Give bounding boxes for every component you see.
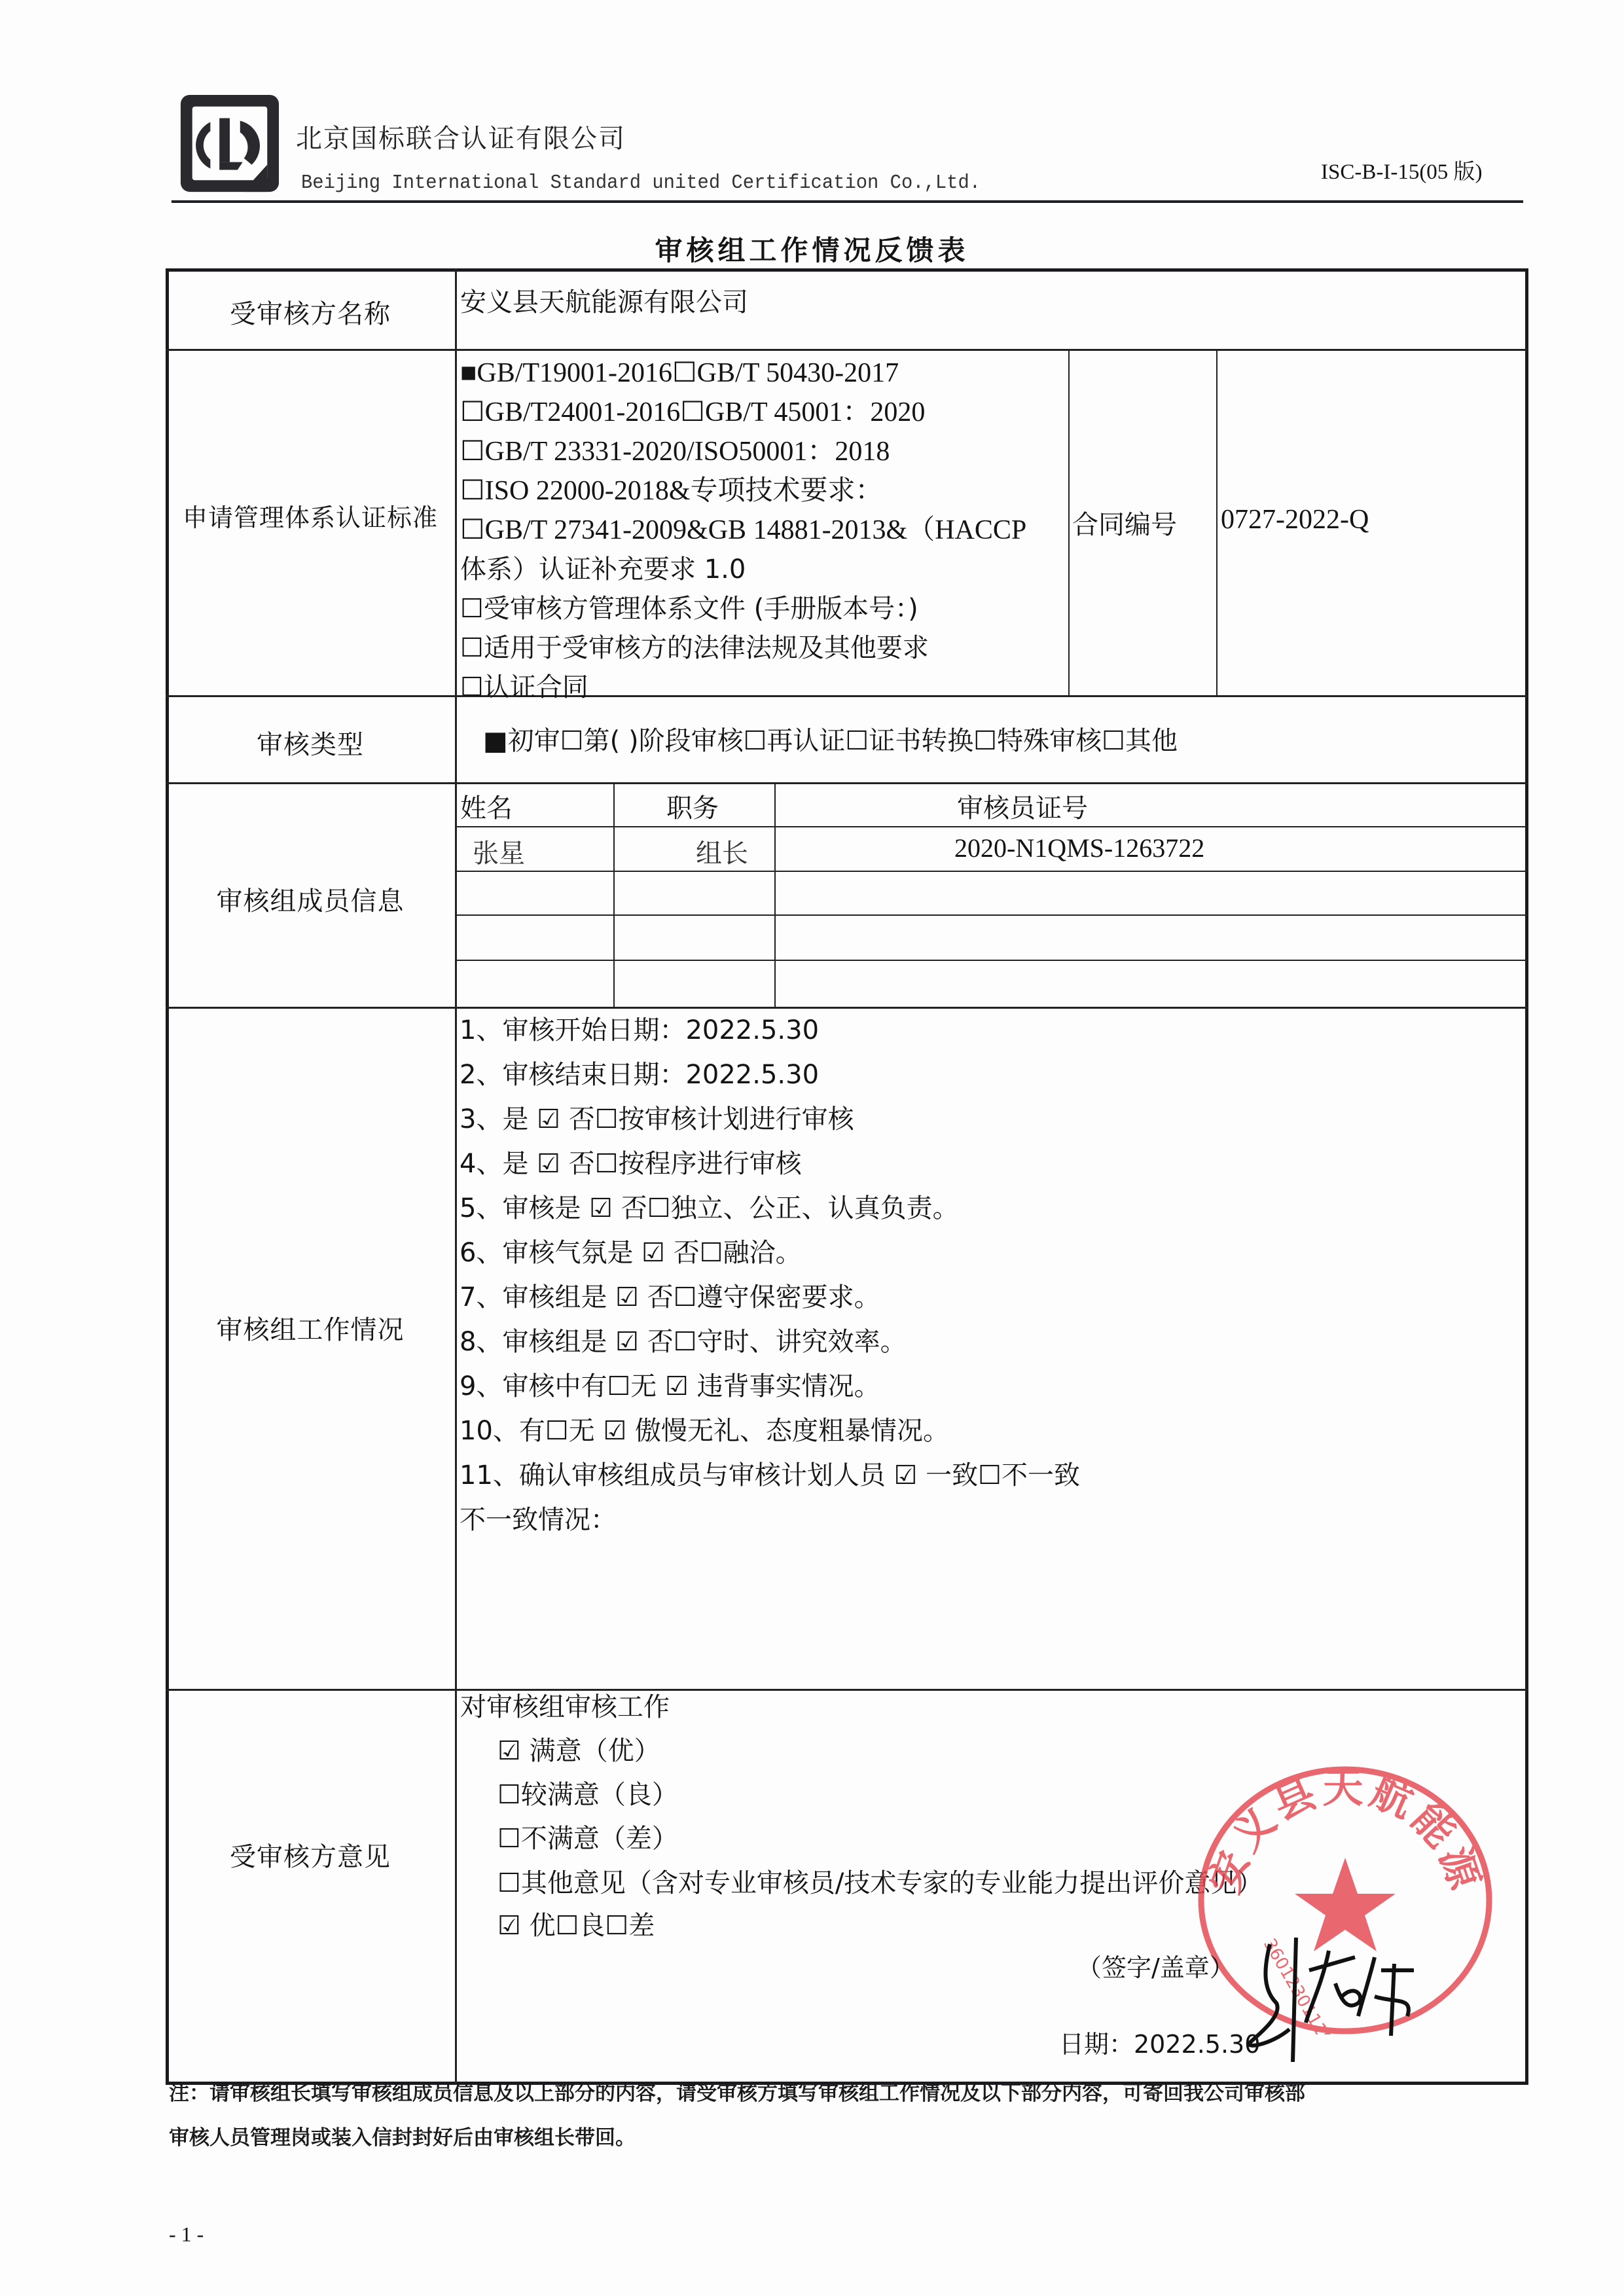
auditee-name-value: 安义县天航能源有限公司 — [460, 281, 748, 319]
page-title: 审核组工作情况反馈表 — [0, 229, 1624, 268]
member-row-divider — [455, 960, 1528, 961]
col-header-role: 职务 — [666, 787, 719, 825]
standards-label: 申请管理体系认证标准 — [166, 497, 455, 533]
col-header-name: 姓名 — [460, 787, 513, 825]
form-code: ISC-B-I-15(05 版) — [1321, 154, 1483, 185]
member-row-divider — [455, 826, 1528, 827]
standard-option[interactable]: ☐适用于受审核方的法律法规及其他要求 — [460, 626, 1066, 670]
work-item[interactable]: 8、审核组是 ☑ 否☐守时、讲究效率。 — [460, 1320, 1080, 1364]
standard-option[interactable]: ☐GB/T 27341-2009&GB 14881-2013&（HACCP — [460, 508, 1066, 552]
work-item[interactable]: 11、确认审核组成员与审核计划人员 ☑ 一致☐不一致 — [460, 1453, 1080, 1498]
company-logo-icon — [178, 92, 281, 196]
company-name-cn: 北京国标联合认证有限公司 — [296, 118, 626, 155]
footer-note-line-1: 注：请审核组长填写审核组成员信息及以上部分的内容，请受审核方填写审核组工作情况及… — [169, 2076, 1305, 2106]
header-divider — [171, 200, 1523, 203]
label-column-divider — [455, 268, 457, 2085]
col-divider — [774, 782, 776, 1007]
member-row-divider — [455, 914, 1528, 916]
work-item[interactable]: 5、审核是 ☑ 否☐独立、公正、认真负责。 — [460, 1186, 1080, 1231]
opinion-rating[interactable]: ☑ 优☐良☐差 — [497, 1905, 655, 1942]
member-row-divider — [455, 871, 1528, 872]
work-item[interactable]: 4、是 ☑ 否☐按程序进行审核 — [460, 1142, 1080, 1186]
work-item: 2、审核结束日期：2022.5.30 — [460, 1053, 1080, 1097]
standard-option[interactable]: ☐GB/T 23331-2020/ISO50001：2018 — [460, 429, 1066, 474]
work-item[interactable]: 3、是 ☑ 否☐按审核计划进行审核 — [460, 1097, 1080, 1142]
member-role: 组长 — [696, 833, 748, 870]
auditee-label: 受审核方名称 — [166, 293, 455, 331]
opinion-option-satisfied[interactable]: ☑ 满意（优） — [497, 1730, 660, 1767]
work-item[interactable]: 9、审核中有☐无 ☑ 违背事实情况。 — [460, 1364, 1080, 1409]
row-divider — [166, 782, 1528, 784]
audit-type-label: 审核类型 — [166, 724, 455, 761]
members-label: 审核组成员信息 — [166, 880, 455, 918]
col-divider — [1068, 349, 1070, 695]
contract-no-value: 0727-2022-Q — [1221, 504, 1369, 535]
standard-option[interactable]: ☐认证合同 — [460, 665, 1066, 710]
opinion-option-unsatisfied[interactable]: ☐不满意（差） — [497, 1818, 678, 1855]
opinion-label: 受审核方意见 — [166, 1836, 455, 1873]
standard-option[interactable]: ■GB/T19001-2016☐GB/T 50430-2017 — [460, 351, 1066, 395]
row-divider — [166, 1689, 1528, 1691]
member-cert: 2020-N1QMS-1263722 — [954, 833, 1204, 863]
signature-icon — [1244, 1931, 1427, 2062]
col-divider — [613, 782, 615, 1007]
standard-option[interactable]: ☐ISO 22000-2018&专项技术要求： — [460, 469, 1066, 513]
member-name: 张星 — [473, 833, 525, 870]
col-header-cert: 审核员证号 — [957, 787, 1088, 825]
col-divider — [1216, 349, 1218, 695]
opinion-intro: 对审核组审核工作 — [460, 1686, 670, 1724]
standards-list: ■GB/T19001-2016☐GB/T 50430-2017 ☐GB/T240… — [460, 351, 1066, 710]
standard-option-cont: 体系）认证补充要求 1.0 — [460, 547, 1066, 592]
contract-no-label: 合同编号 — [1072, 504, 1177, 541]
work-label: 审核组工作情况 — [166, 1309, 455, 1346]
inconsistency-label: 不一致情况： — [460, 1498, 1080, 1542]
sign-stamp-label: （签字/盖章） — [1077, 1947, 1235, 1983]
work-item: 1、审核开始日期：2022.5.30 — [460, 1008, 1080, 1053]
audit-type-options[interactable]: ■初审☐第( )阶段审核☐再认证☐证书转换☐特殊审核☐其他 — [483, 720, 1178, 757]
work-items-list: 1、审核开始日期：2022.5.30 2、审核结束日期：2022.5.30 3、… — [460, 1008, 1080, 1542]
opinion-option-other[interactable]: ☐其他意见（含对专业审核员/技术专家的专业能力提出评价意见） — [497, 1862, 1263, 1900]
standard-option[interactable]: ☐受审核方管理体系文件 (手册版本号：) — [460, 587, 1066, 631]
company-name-en: Beijing International Standard united Ce… — [301, 172, 981, 194]
work-item[interactable]: 7、审核组是 ☑ 否☐遵守保密要求。 — [460, 1275, 1080, 1320]
opinion-option-fairly-satisfied[interactable]: ☐较满意（良） — [497, 1774, 678, 1811]
standard-option[interactable]: ☐GB/T24001-2016☐GB/T 45001：2020 — [460, 390, 1066, 435]
footer-note-line-2: 审核人员管理岗或装入信封封好后由审核组长带回。 — [169, 2121, 636, 2150]
opinion-date: 日期：2022.5.30 — [1059, 2024, 1260, 2060]
page-number: - 1 - — [169, 2222, 204, 2247]
work-item[interactable]: 6、审核气氛是 ☑ 否☐融洽。 — [460, 1231, 1080, 1275]
work-item[interactable]: 10、有☐无 ☑ 傲慢无礼、态度粗暴情况。 — [460, 1409, 1080, 1453]
